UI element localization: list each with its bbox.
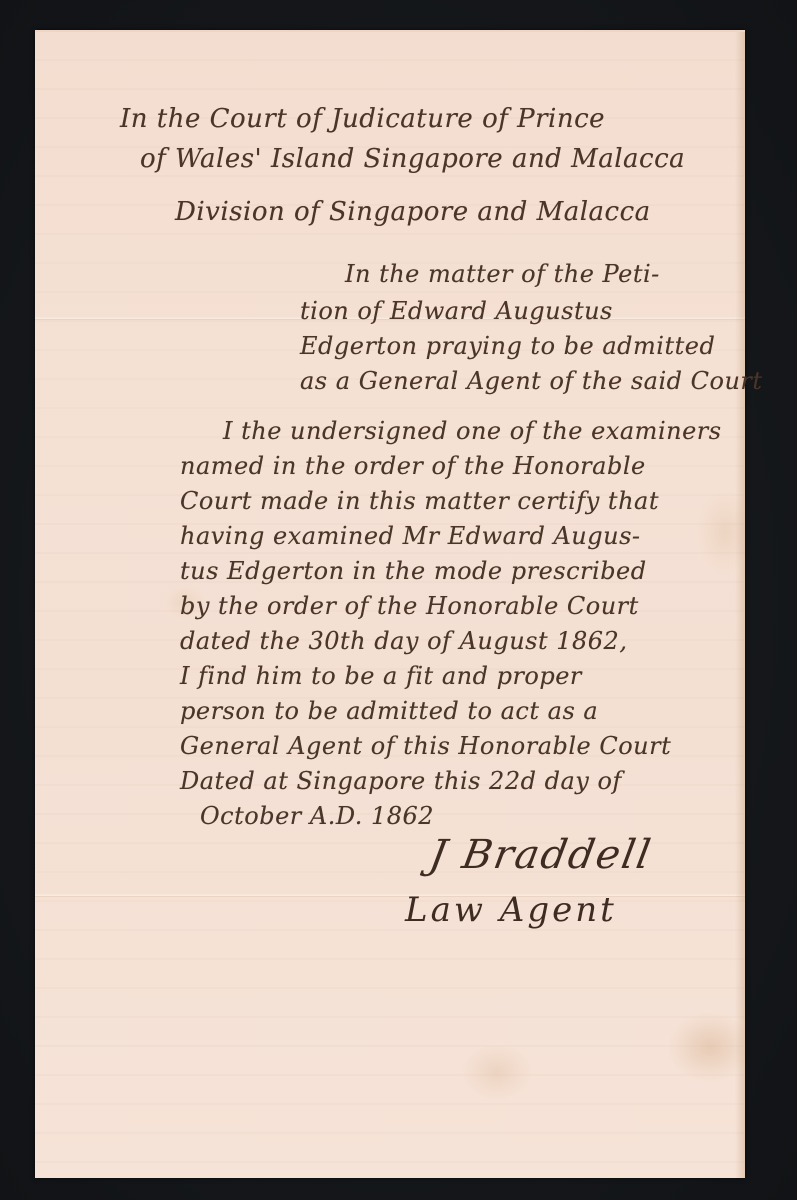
- document-page: In the Court of Judicature of Prince of …: [35, 30, 745, 1178]
- court-heading-line-1: In the Court of Judicature of Prince: [120, 104, 605, 134]
- edge-stain: [735, 32, 745, 1178]
- body-line-2: named in the order of the Honorable: [180, 452, 646, 480]
- body-line-7: dated the 30th day of August 1862,: [180, 627, 627, 655]
- body-line-8: I find him to be a fit and proper: [180, 662, 582, 690]
- matter-line-3: Edgerton praying to be admitted: [300, 332, 715, 360]
- body-line-3: Court made in this matter certify that: [180, 487, 659, 515]
- matter-line-2: tion of Edward Augustus: [300, 297, 613, 325]
- division-heading: Division of Singapore and Malacca: [175, 197, 651, 227]
- fold-crease-lower: [35, 894, 745, 897]
- body-line-10: General Agent of this Honorable Court: [180, 732, 671, 760]
- signature-name: J Braddell: [426, 832, 656, 878]
- body-line-12: October A.D. 1862: [200, 802, 434, 830]
- body-line-1: I the undersigned one of the examiners: [223, 417, 722, 445]
- matter-line-4: as a General Agent of the said Court: [300, 367, 763, 395]
- court-heading-line-2: of Wales' Island Singapore and Malacca: [140, 144, 685, 174]
- body-line-11: Dated at Singapore this 22d day of: [180, 767, 622, 795]
- signature-title: Law Agent: [405, 890, 617, 930]
- body-line-5: tus Edgerton in the mode prescribed: [180, 557, 647, 585]
- body-line-4: having examined Mr Edward Augus-: [180, 522, 641, 550]
- matter-line-1: In the matter of the Peti-: [345, 260, 660, 288]
- body-line-9: person to be admitted to act as a: [180, 697, 598, 725]
- body-line-6: by the order of the Honorable Court: [180, 592, 639, 620]
